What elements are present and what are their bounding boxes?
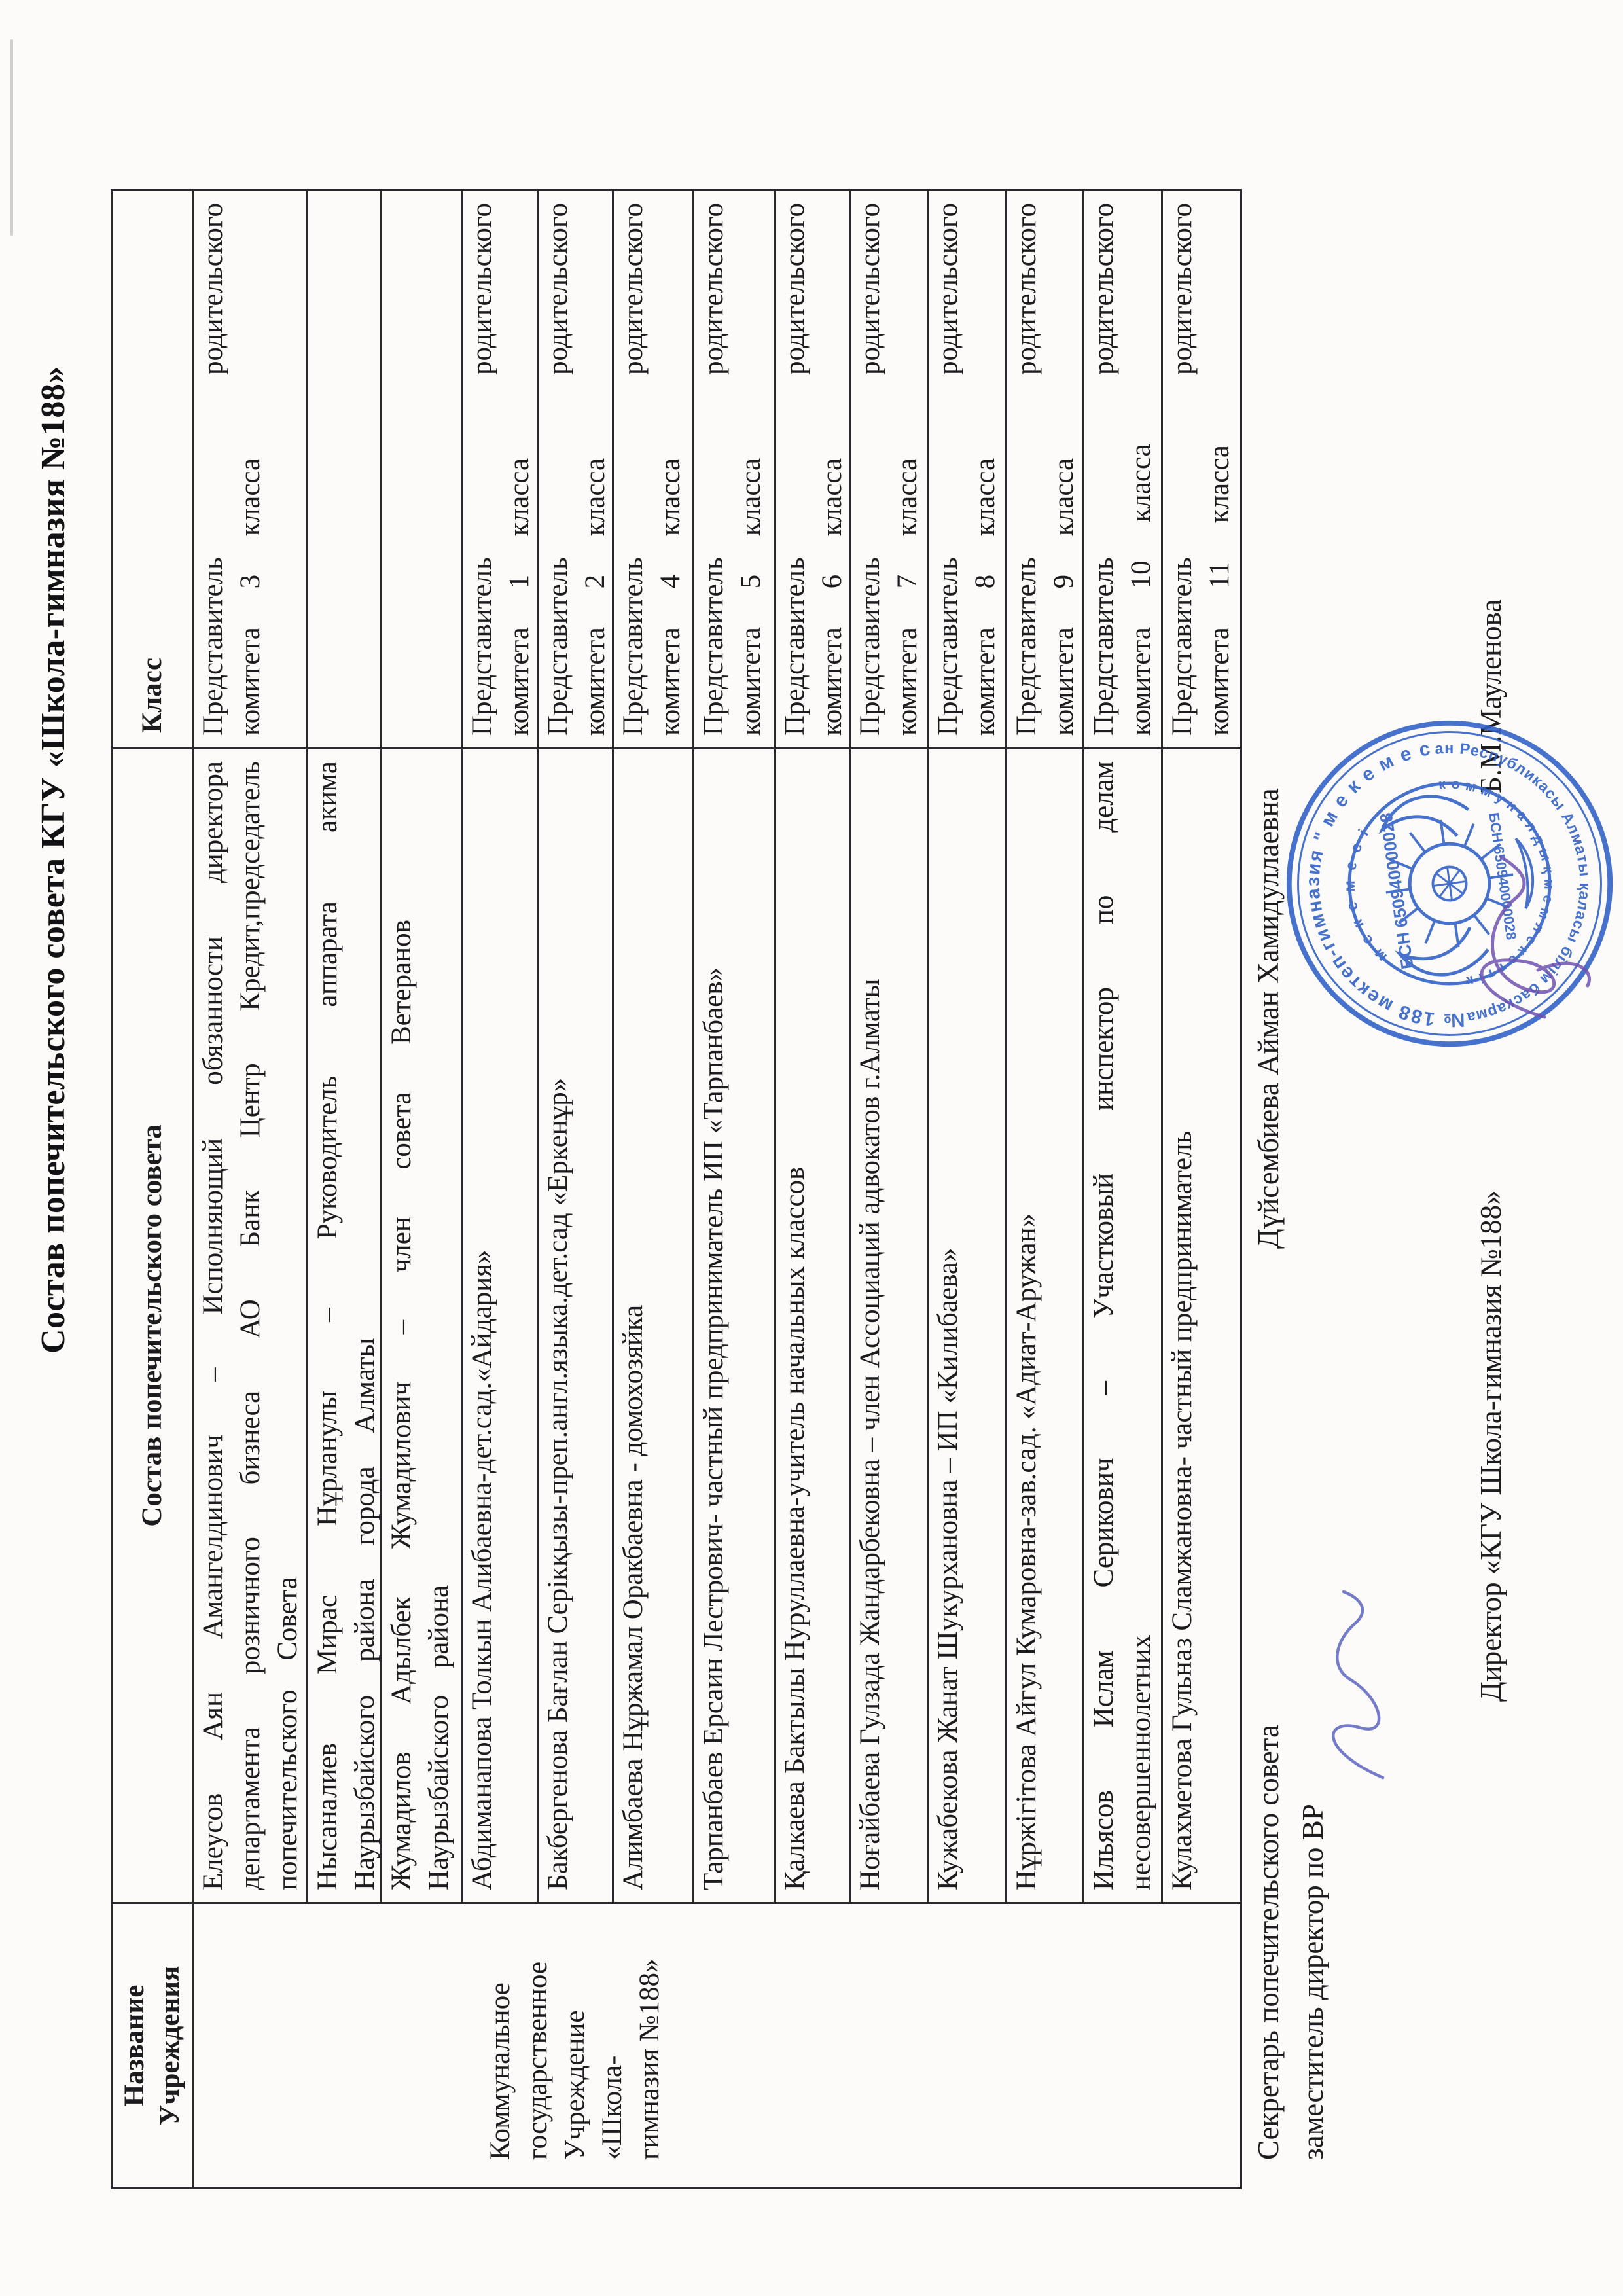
class-cell: Представитель родительского комитета 2 к…	[537, 191, 612, 749]
class-cell: Представитель родительского комитета 5 к…	[692, 191, 774, 749]
member-cell: Елеусов Аян Амангелдинович – Исполняющий…	[192, 749, 306, 1904]
member-cell: Алимбаева Нұржамал Оракбаевна - домохозя…	[612, 749, 692, 1904]
member-cell: Кулахметова Гульназ Сламжановна- частный…	[1161, 749, 1240, 1904]
director-label: Директор «КГУ Школа-гимназия №188»	[1474, 1190, 1508, 1702]
class-cell: Представитель родительского комитета 6 к…	[774, 191, 849, 749]
class-cell: Представитель родительского комитета 11 …	[1161, 191, 1240, 749]
member-cell: Нұржігітова Айгул Кумаровна-зав.сад. «Ад…	[1005, 749, 1082, 1904]
scan-artifact	[10, 39, 13, 236]
class-cell	[306, 191, 380, 749]
member-cell: Кужабекова Жанат Шукурхановна – ИП «Кили…	[927, 749, 1005, 1904]
header-class: Класс	[113, 191, 192, 749]
member-cell: Нысаналиев Мирас Нұрланулы – Руководител…	[306, 749, 380, 1904]
document-title: Состав попечительского совета КГУ «Школа…	[34, 366, 73, 1354]
secretary-signature-icon	[1306, 1589, 1404, 1785]
scanned-page: Состав попечительского совета КГУ «Школа…	[0, 0, 1623, 2296]
member-cell: Тарпанбаев Ерсаин Лестрович- частный пре…	[692, 749, 774, 1904]
institution-name-cell: Коммунальное государственное Учреждение …	[192, 1904, 1240, 2187]
council-table: Название Учреждения Состав попечительско…	[111, 189, 1242, 2189]
secretary-title: Секретарь попечительского совета	[1251, 1725, 1285, 2160]
member-cell: Ноғайбаева Гулзада Жандарбековна – член …	[849, 749, 927, 1904]
class-cell: Представитель родительского комитета 1 к…	[461, 191, 537, 749]
director-signature-icon	[1446, 843, 1603, 1033]
member-cell: Ильясов Ислам Серикович – Участковый инс…	[1082, 749, 1161, 1904]
class-cell: Представитель родительского комитета 3 к…	[192, 191, 306, 749]
member-cell: Бакбергенова Бағлан Серікқызы-преп.англ.…	[537, 749, 612, 1904]
header-council-members: Состав попечительского совета	[113, 749, 192, 1904]
member-cell: Абдиманапова Толкын Алибаевна-дет.сад.«А…	[461, 749, 537, 1904]
member-cell: Жумадилов Адылбек Жумадилович – член сов…	[380, 749, 461, 1904]
class-cell: Представитель родительского комитета 8 к…	[927, 191, 1005, 749]
class-cell: Представитель родительского комитета 9 к…	[1005, 191, 1082, 749]
secretary-role: заместитель директор по ВР	[1296, 1804, 1330, 2160]
class-cell	[380, 191, 461, 749]
class-cell: Представитель родительского комитета 4 к…	[612, 191, 692, 749]
member-cell: Қалкаева Бактылы Нуруллаевна-учитель нач…	[774, 749, 849, 1904]
landscape-document: Состав попечительского совета КГУ «Школа…	[0, 0, 1623, 2296]
class-cell: Представитель родительского комитета 10 …	[1082, 191, 1161, 749]
header-institution-name: Название Учреждения	[113, 1904, 192, 2187]
class-cell: Представитель родительского комитета 7 к…	[849, 191, 927, 749]
